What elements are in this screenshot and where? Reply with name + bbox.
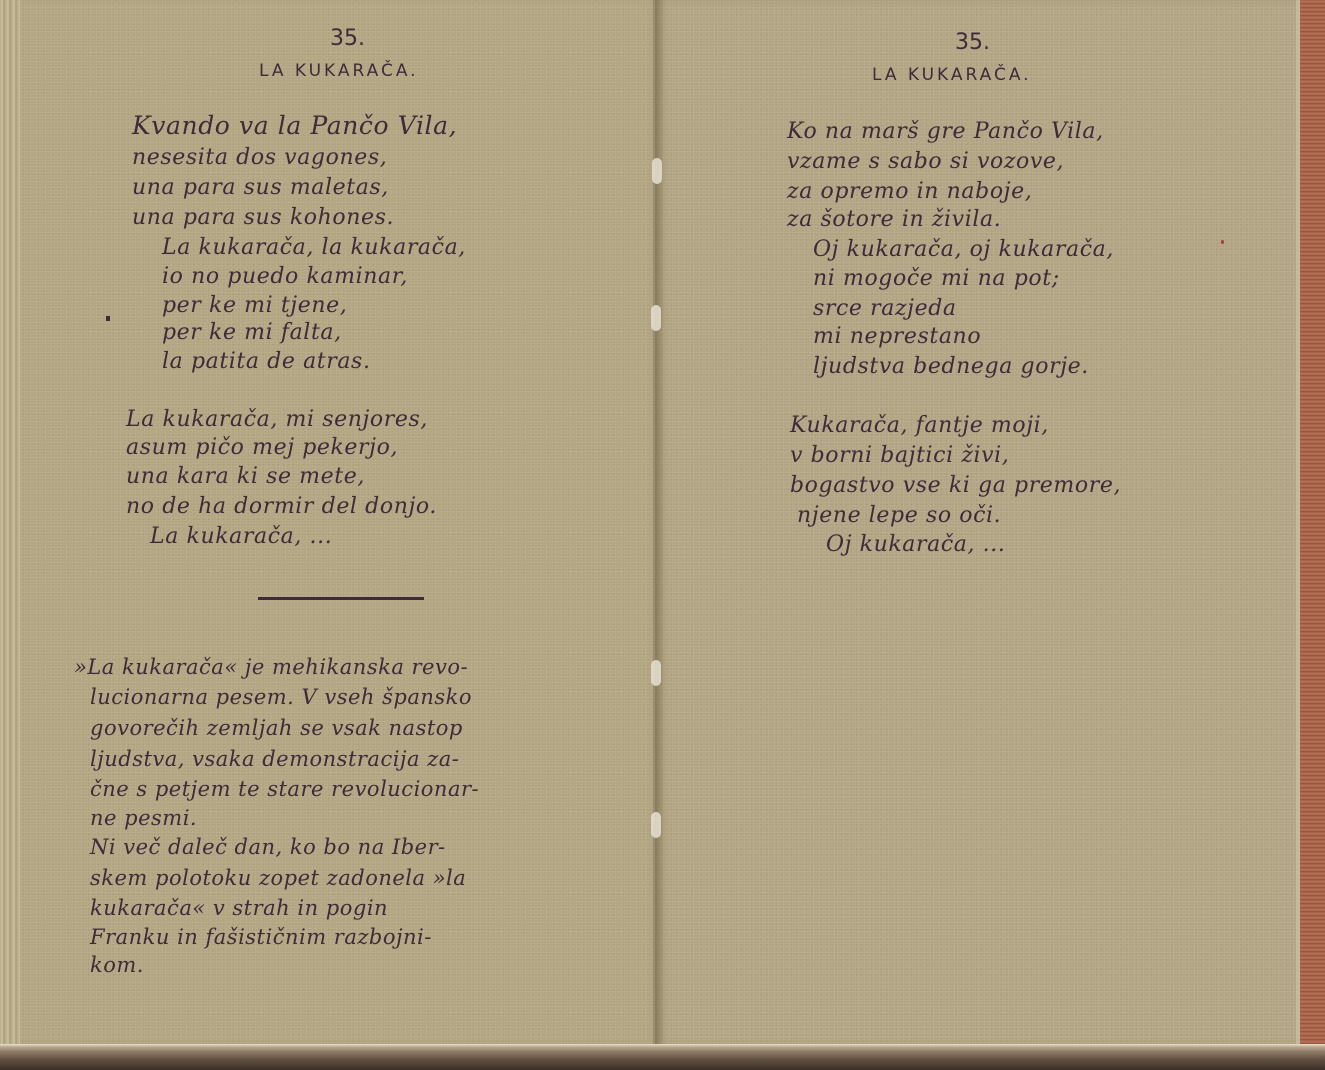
refrain-line: per ke mi falta, bbox=[162, 319, 342, 347]
note-line: govorečih zemljah se vsak nastop bbox=[90, 713, 463, 744]
verse-line: v borni bajtici živi, bbox=[790, 442, 1009, 470]
open-book-spread: 35. LA KUKARAČA. Kvando va la Pančo Vila… bbox=[0, 0, 1325, 1070]
refrain-line: La kukarača, la kukarača, bbox=[162, 234, 466, 262]
note-line: Franku in fašističnim razbojni- bbox=[90, 922, 432, 953]
song-title-left: LA KUKARAČA. bbox=[259, 61, 419, 81]
book-gutter bbox=[655, 0, 665, 1044]
note-line: ljudstva, vsaka demonstracija za- bbox=[90, 744, 459, 775]
verse-line: za šotore in živila. bbox=[787, 206, 1001, 234]
refrain-start: Oj kukarača, ... bbox=[826, 531, 1005, 559]
section-divider bbox=[258, 597, 424, 600]
verse-line: za opremo in naboje, bbox=[787, 178, 1032, 206]
binding-stitch bbox=[651, 305, 661, 331]
verse-line: una para sus maletas, bbox=[132, 174, 389, 202]
refrain-line: ljudstva bednega gorje. bbox=[813, 353, 1089, 381]
note-line: lucionarna pesem. V vseh špansko bbox=[90, 682, 472, 713]
refrain-line: per ke mi tjene, bbox=[162, 292, 347, 320]
refrain-line: io no puedo kaminar, bbox=[162, 263, 408, 291]
binding-stitch bbox=[651, 660, 661, 686]
ink-speck bbox=[106, 316, 110, 321]
verse-line: Ko na marš gre Pančo Vila, bbox=[787, 118, 1104, 146]
note-line: kukarača« v strah in pogin bbox=[90, 893, 388, 924]
refrain-line: Oj kukarača, oj kukarača, bbox=[813, 236, 1114, 264]
verse-line: asum pičo mej pekerjo, bbox=[126, 434, 398, 462]
binding-stitch bbox=[652, 158, 662, 184]
verse-line: una para sus kohones. bbox=[132, 204, 394, 232]
refrain-line: srce razjeda bbox=[813, 295, 957, 323]
book-cover-cloth bbox=[1300, 0, 1325, 1050]
verse-line: vzame s sabo si vozove, bbox=[787, 148, 1064, 176]
left-page-edges bbox=[0, 0, 22, 1048]
song-title-right: LA KUKARAČA. bbox=[872, 65, 1032, 85]
verse-line: una kara ki se mete, bbox=[126, 463, 365, 491]
note-line: Ni več daleč dan, ko bo na Iber- bbox=[90, 832, 446, 863]
note-line: ne pesmi. bbox=[90, 803, 197, 834]
verse-line: Kvando va la Pančo Vila, bbox=[132, 112, 457, 140]
refrain-start: La kukarača, ... bbox=[150, 523, 332, 551]
refrain-line: mi neprestano bbox=[813, 323, 981, 351]
binding-stitch bbox=[651, 812, 661, 838]
refrain-line: ni mogoče mi na pot; bbox=[813, 265, 1060, 293]
verse-line: bogastvo vse ki ga premore, bbox=[790, 472, 1121, 500]
note-line: kom. bbox=[90, 950, 144, 981]
note-line: skem polotoku zopet zadonela »la bbox=[90, 863, 466, 894]
note-line: čne s petjem te stare revolucionar- bbox=[90, 774, 479, 805]
book-bottom-edge bbox=[0, 1044, 1325, 1070]
page-number-right: 35. bbox=[955, 30, 990, 55]
ink-speck bbox=[1221, 240, 1224, 244]
verse-line: nesesita dos vagones, bbox=[132, 144, 387, 172]
verse-line: no de ha dormir del donjo. bbox=[126, 493, 437, 521]
page-number-left: 35. bbox=[330, 26, 365, 51]
note-line: »La kukarača« je mehikanska revo- bbox=[74, 652, 468, 683]
refrain-line: la patita de atras. bbox=[162, 348, 371, 376]
verse-line: njene lepe so oči. bbox=[797, 502, 1001, 530]
verse-line: Kukarača, fantje moji, bbox=[790, 412, 1049, 440]
verse-line: La kukarača, mi senjores, bbox=[126, 406, 428, 434]
